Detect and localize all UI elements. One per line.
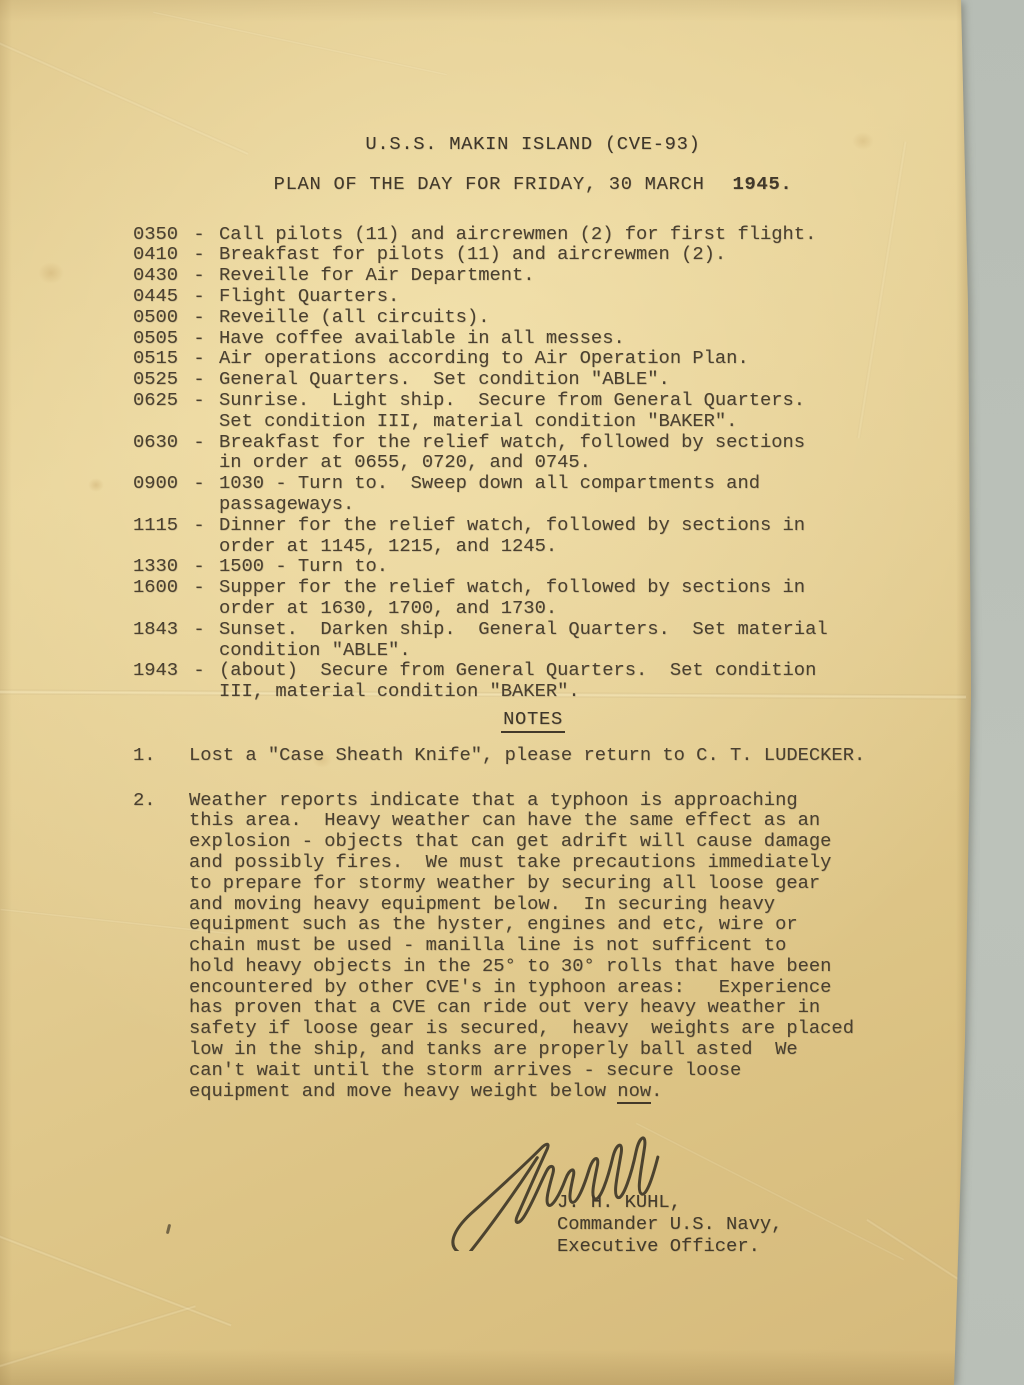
paper-crease <box>0 1304 196 1369</box>
dash-separator: - <box>179 660 219 681</box>
dash-separator: - <box>179 328 219 349</box>
schedule-time: 1115 <box>133 515 179 536</box>
dash-separator: - <box>179 244 219 265</box>
schedule-entry: 0625-Sunrise. Light ship. Secure from Ge… <box>133 390 933 432</box>
schedule-text: Breakfast for the relief watch, followed… <box>219 432 933 474</box>
schedule-text: Call pilots (11) and aircrewmen (2) for … <box>219 224 933 245</box>
notes-heading-text: NOTES <box>501 709 565 733</box>
schedule-entry: 0500-Reveille (all circuits). <box>133 307 933 328</box>
document-subtitle: PLAN OF THE DAY FOR FRIDAY, 30 MARCH1945… <box>133 174 933 195</box>
schedule-entry: 0350-Call pilots (11) and aircrewmen (2)… <box>133 224 933 245</box>
schedule-entry: 1600-Supper for the relief watch, follow… <box>133 577 933 619</box>
schedule-text: 1500 - Turn to. <box>219 556 933 577</box>
note-text: Weather reports indicate that a typhoon … <box>189 790 933 1102</box>
schedule-time: 1843 <box>133 619 179 640</box>
dash-separator: - <box>179 265 219 286</box>
paper-crease <box>0 1227 232 1327</box>
notes-section-heading: NOTES <box>133 709 933 733</box>
plan-of-day-schedule: 0350-Call pilots (11) and aircrewmen (2)… <box>133 224 933 702</box>
schedule-entry: 1115-Dinner for the relief watch, follow… <box>133 515 933 557</box>
dash-separator: - <box>179 577 219 598</box>
note-text-main: Weather reports indicate that a typhoon … <box>189 789 854 1102</box>
schedule-text: Sunset. Darken ship. General Quarters. S… <box>219 619 933 661</box>
schedule-entry: 1330-1500 - Turn to. <box>133 556 933 577</box>
dash-separator: - <box>179 224 219 245</box>
dash-separator: - <box>179 432 219 453</box>
document-body: U.S.S. MAKIN ISLAND (CVE-93) PLAN OF THE… <box>0 0 933 1101</box>
dash-separator: - <box>179 307 219 328</box>
dash-separator: - <box>179 286 219 307</box>
dash-separator: - <box>179 473 219 494</box>
signer-rank: Commander U.S. Navy, <box>557 1214 782 1236</box>
schedule-time: 0525 <box>133 369 179 390</box>
schedule-time: 0505 <box>133 328 179 349</box>
schedule-entry: 1843-Sunset. Darken ship. General Quarte… <box>133 619 933 661</box>
dash-separator: - <box>179 619 219 640</box>
note-underlined-word: now <box>617 1080 651 1104</box>
schedule-time: 1600 <box>133 577 179 598</box>
scanned-page-wrapper: U.S.S. MAKIN ISLAND (CVE-93) PLAN OF THE… <box>0 0 1024 1385</box>
schedule-text: Reveille for Air Department. <box>219 265 933 286</box>
schedule-time: 0625 <box>133 390 179 411</box>
schedule-time: 0430 <box>133 265 179 286</box>
dash-separator: - <box>179 556 219 577</box>
signer-role: Executive Officer. <box>557 1236 782 1258</box>
schedule-entry: 0515-Air operations according to Air Ope… <box>133 348 933 369</box>
schedule-time: 1330 <box>133 556 179 577</box>
dash-separator: - <box>179 515 219 536</box>
note-text: Lost a "Case Sheath Knife", please retur… <box>189 745 933 766</box>
schedule-text: Supper for the relief watch, followed by… <box>219 577 933 619</box>
schedule-entry: 0630-Breakfast for the relief watch, fol… <box>133 432 933 474</box>
note-number: 2. <box>133 790 189 811</box>
paper-sheet: U.S.S. MAKIN ISLAND (CVE-93) PLAN OF THE… <box>0 0 972 1385</box>
schedule-text: Sunrise. Light ship. Secure from General… <box>219 390 933 432</box>
schedule-time: 0350 <box>133 224 179 245</box>
schedule-text: Air operations according to Air Operatio… <box>219 348 933 369</box>
dash-separator: - <box>179 348 219 369</box>
schedule-entry: 0410-Breakfast for pilots (11) and aircr… <box>133 244 933 265</box>
schedule-entry: 0900-1030 - Turn to. Sweep down all comp… <box>133 473 933 515</box>
dash-separator: - <box>179 390 219 411</box>
schedule-text: General Quarters. Set condition "ABLE". <box>219 369 933 390</box>
signature-block: J. H. KUHL, Commander U.S. Navy, Executi… <box>557 1192 782 1257</box>
schedule-text: Reveille (all circuits). <box>219 307 933 328</box>
subtitle-text: PLAN OF THE DAY FOR FRIDAY, 30 MARCH <box>274 173 705 195</box>
schedule-text: Flight Quarters. <box>219 286 933 307</box>
document-title: U.S.S. MAKIN ISLAND (CVE-93) <box>133 134 933 155</box>
subtitle-year: 1945. <box>733 173 793 195</box>
schedule-entry: 0445-Flight Quarters. <box>133 286 933 307</box>
stray-pen-mark <box>166 1224 171 1234</box>
note-number: 1. <box>133 745 189 766</box>
dash-separator: - <box>179 369 219 390</box>
schedule-time: 0445 <box>133 286 179 307</box>
note-text-suffix: . <box>651 1080 662 1102</box>
schedule-entry: 0525-General Quarters. Set condition "AB… <box>133 369 933 390</box>
schedule-text: 1030 - Turn to. Sweep down all compartme… <box>219 473 933 515</box>
schedule-time: 0630 <box>133 432 179 453</box>
schedule-text: Breakfast for pilots (11) and aircrewmen… <box>219 244 933 265</box>
schedule-text: Dinner for the relief watch, followed by… <box>219 515 933 557</box>
paper-crease <box>866 1218 1024 1336</box>
schedule-text: (about) Secure from General Quarters. Se… <box>219 660 933 702</box>
schedule-time: 0900 <box>133 473 179 494</box>
signer-name: J. H. KUHL, <box>557 1192 782 1214</box>
schedule-entry: 1943-(about) Secure from General Quarter… <box>133 660 933 702</box>
schedule-text: Have coffee available in all messes. <box>219 328 933 349</box>
schedule-entry: 0505-Have coffee available in all messes… <box>133 328 933 349</box>
schedule-time: 0515 <box>133 348 179 369</box>
schedule-time: 0500 <box>133 307 179 328</box>
schedule-entry: 0430-Reveille for Air Department. <box>133 265 933 286</box>
note-item-1: 1. Lost a "Case Sheath Knife", please re… <box>133 745 933 766</box>
schedule-time: 0410 <box>133 244 179 265</box>
note-item-2: 2. Weather reports indicate that a typho… <box>133 790 933 1102</box>
schedule-time: 1943 <box>133 660 179 681</box>
